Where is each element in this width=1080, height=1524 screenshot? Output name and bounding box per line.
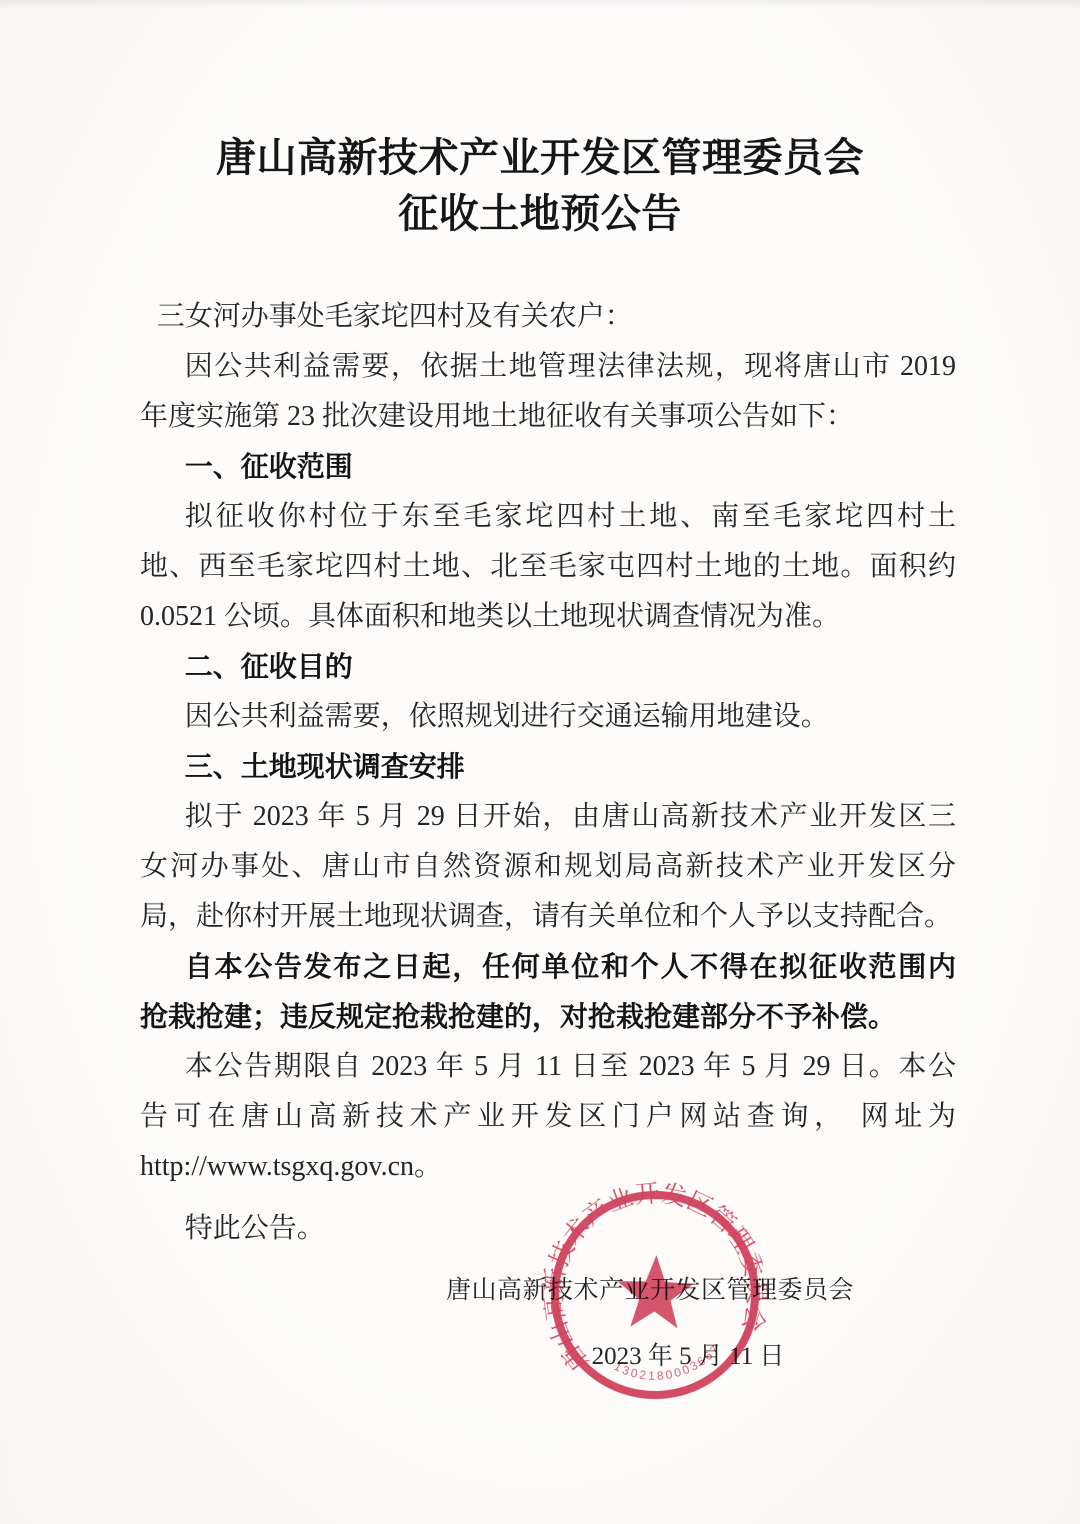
paragraph-line: 告可在唐山高新技术产业开发区门户网站查询， 网址为 [140, 1092, 956, 1142]
paragraph-line: 本公告期限自 2023 年 5 月 11 日至 2023 年 5 月 29 日。… [140, 1042, 956, 1092]
warning-line: 自本公告发布之日起，任何单位和个人不得在拟征收范围内 [140, 942, 956, 992]
paragraph-line: 拟于 2023 年 5 月 29 日开始，由唐山高新技术产业开发区三 [140, 792, 956, 842]
document-title-line2: 征收土地预公告 [0, 186, 1080, 242]
announcement-document-page: 唐山高新技术产业开发区管理委员会 征收土地预公告 三女河办事处毛家坨四村及有关农… [0, 0, 1080, 1524]
paragraph-line: 因公共利益需要，依据土地管理法律法规，现将唐山市 2019 [140, 342, 956, 392]
paragraph-line: 0.0521 公顷。具体面积和地类以土地现状调查情况为准。 [140, 592, 956, 642]
official-seal-stamp: 唐山高新技术产业开发区管理委员会 1302180003667 [522, 1162, 788, 1428]
section-heading-3: 三、土地现状调查安排 [140, 742, 956, 792]
section-heading-2: 二、征收目的 [140, 642, 956, 692]
paragraph-line: 局，赴你村开展土地现状调查，请有关单位和个人予以支持配合。 [140, 892, 956, 942]
document-title: 唐山高新技术产业开发区管理委员会 征收土地预公告 [0, 130, 1080, 242]
paragraph-line: 女河办事处、唐山市自然资源和规划局高新技术产业开发区分 [140, 842, 956, 892]
salutation-line: 三女河办事处毛家坨四村及有关农户： [140, 292, 956, 342]
paragraph-line: 地、西至毛家坨四村土地、北至毛家屯四村土地的土地。面积约 [140, 542, 956, 592]
paragraph-line: 年度实施第 23 批次建设用地土地征收有关事项公告如下： [140, 392, 956, 442]
warning-line: 抢栽抢建；违反规定抢栽抢建的，对抢栽抢建部分不予补偿。 [140, 992, 956, 1042]
paragraph-line: 因公共利益需要，依照规划进行交通运输用地建设。 [140, 692, 956, 742]
website-url-line: http://www.tsgxq.gov.cn。 [140, 1142, 956, 1192]
seal-code: 1302180003667 [609, 1337, 727, 1393]
seal-star-icon [616, 1254, 695, 1329]
section-heading-1: 一、征收范围 [140, 442, 956, 492]
document-title-line1: 唐山高新技术产业开发区管理委员会 [0, 130, 1080, 186]
paragraph-line: 拟征收你村位于东至毛家坨四村土地、南至毛家坨四村土 [140, 492, 956, 542]
